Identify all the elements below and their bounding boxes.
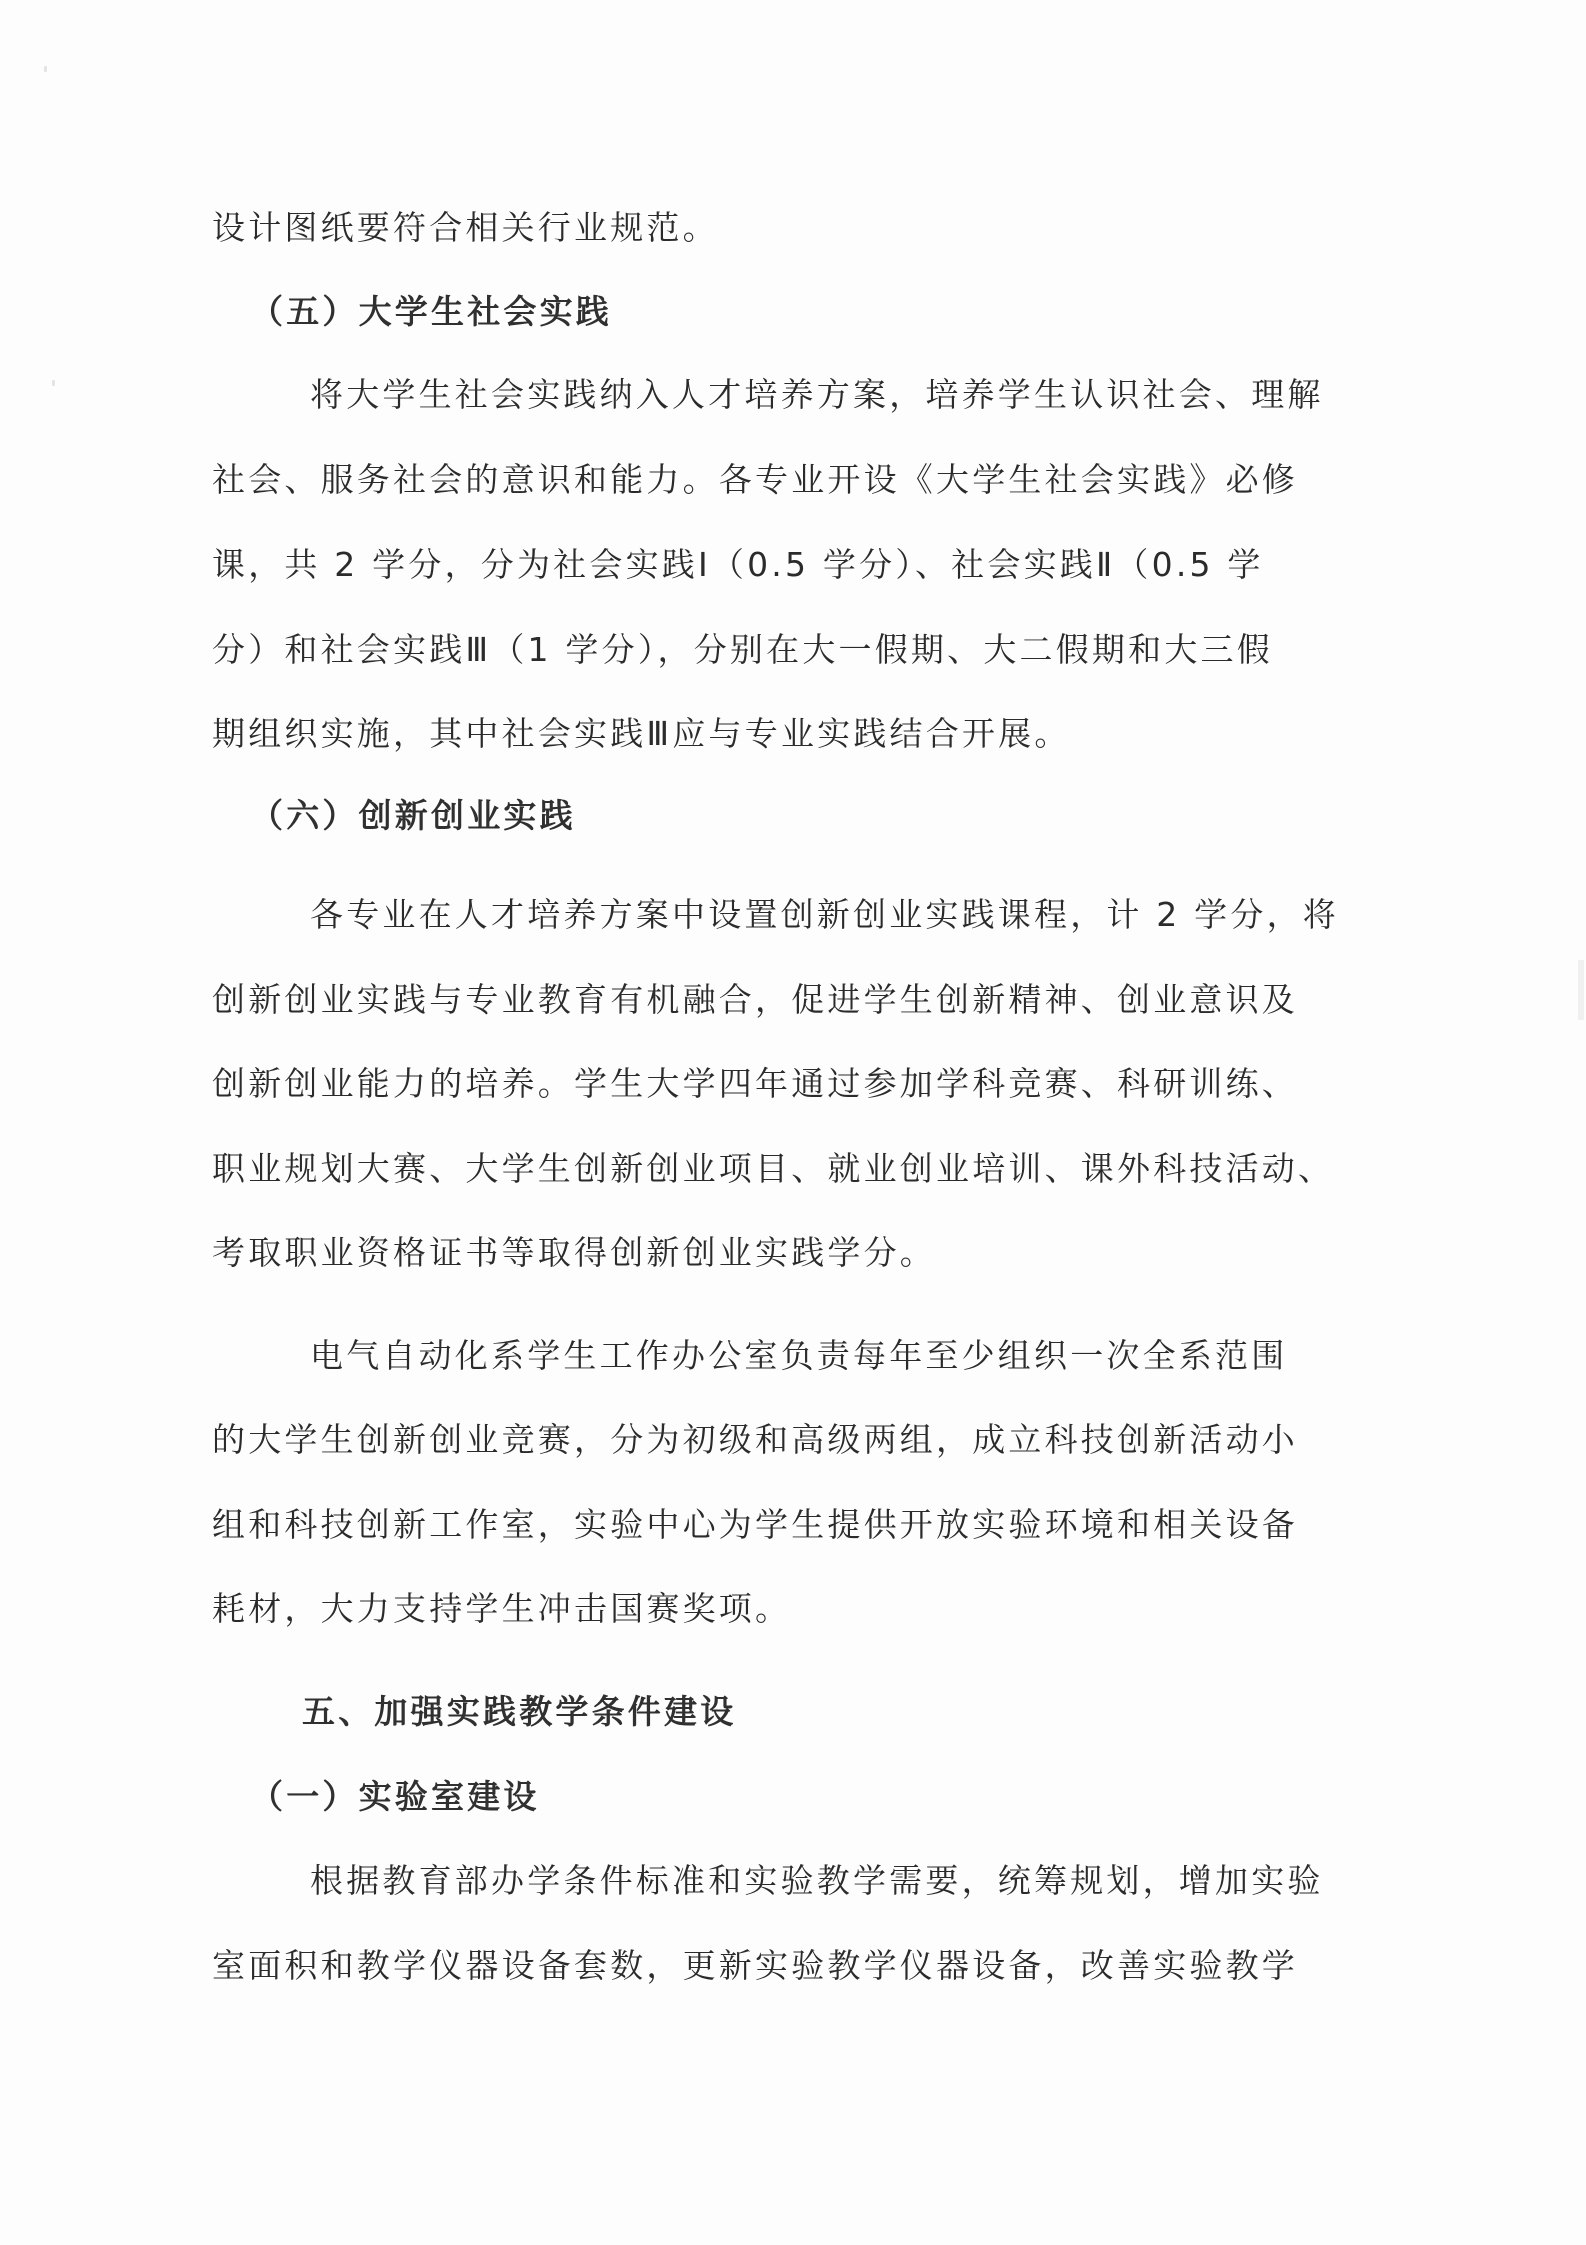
paragraph-line: 电气自动化系学生工作办公室负责每年至少组织一次全系范围 [310, 1334, 1287, 1378]
paragraph-line: 课，共 2 学分，分为社会实践Ⅰ（0.5 学分）、社会实践Ⅱ（0.5 学 [212, 543, 1264, 587]
paragraph-line: 将大学生社会实践纳入人才培养方案，培养学生认识社会、理解 [310, 373, 1324, 417]
paragraph-line: 期组织实施，其中社会实践Ⅲ应与专业实践结合开展。 [212, 712, 1071, 756]
paragraph-line: 根据教育部办学条件标准和实验教学需要，统筹规划，增加实验 [310, 1859, 1324, 1903]
document-page: 设计图纸要符合相关行业规范。 （五）大学生社会实践 将大学生社会实践纳入人才培养… [0, 0, 1586, 2245]
paragraph-line: 耗材，大力支持学生冲击国赛奖项。 [212, 1587, 791, 1631]
section-heading-lab-construction: （一）实验室建设 [250, 1775, 540, 1819]
paragraph-line: 设计图纸要符合相关行业规范。 [212, 206, 719, 250]
scan-speck [44, 66, 47, 72]
section-heading-social-practice: （五）大学生社会实践 [250, 290, 612, 334]
paragraph-line: 各专业在人才培养方案中设置创新创业实践课程，计 2 学分，将 [310, 893, 1339, 937]
paragraph-line: 考取职业资格证书等取得创新创业实践学分。 [212, 1231, 936, 1275]
paragraph-line: 组和科技创新工作室，实验中心为学生提供开放实验环境和相关设备 [212, 1503, 1298, 1547]
paragraph-line: 分）和社会实践Ⅲ（1 学分），分别在大一假期、大二假期和大三假 [212, 628, 1273, 672]
paragraph-line: 的大学生创新创业竞赛，分为初级和高级两组，成立科技创新活动小 [212, 1418, 1298, 1462]
paragraph-line: 职业规划大赛、大学生创新创业项目、就业创业培训、课外科技活动、 [212, 1147, 1334, 1191]
paragraph-line: 室面积和教学仪器设备套数，更新实验教学仪器设备，改善实验教学 [212, 1944, 1298, 1988]
paragraph-line: 创新创业实践与专业教育有机融合，促进学生创新精神、创业意识及 [212, 978, 1298, 1022]
section-heading-innovation-practice: （六）创新创业实践 [250, 794, 576, 838]
chapter-heading-practice-conditions: 五、加强实践教学条件建设 [302, 1690, 736, 1734]
paragraph-line: 创新创业能力的培养。学生大学四年通过参加学科竞赛、科研训练、 [212, 1062, 1298, 1106]
scan-edge-mark [1578, 960, 1584, 1020]
scan-speck [52, 380, 55, 386]
paragraph-line: 社会、服务社会的意识和能力。各专业开设《大学生社会实践》必修 [212, 458, 1298, 502]
